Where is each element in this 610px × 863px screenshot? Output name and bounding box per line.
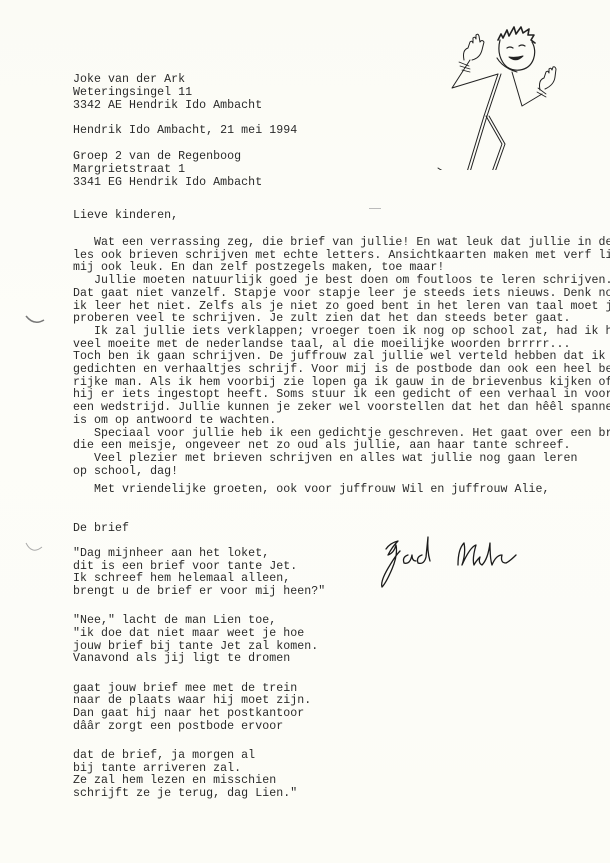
body-line: veel moeite met de nederlandse taal, al … — [73, 338, 571, 351]
handwritten-signature — [378, 527, 543, 597]
body-line: gedichten en verhaaltjes schrijf. Voor m… — [73, 363, 610, 376]
poem-line: naar de plaats waar hij moet zijn. — [73, 694, 311, 707]
poem-line: Dan gaat hij naar het postkantoor — [73, 707, 304, 720]
body-line: proberen veel te schrijven. Je zult zien… — [73, 312, 571, 325]
sender-city: 3342 AE Hendrik Ido Ambacht — [73, 99, 262, 112]
body-line: op school, dag! — [73, 465, 178, 478]
poem-line: gaat jouw brief mee met de trein — [73, 682, 297, 695]
body-line: die een meisje, ongeveer net zo oud als … — [73, 439, 571, 452]
poem-line: Ze zal hem lezen en misschien — [73, 774, 276, 787]
poem-line: "ik doe dat niet maar weet je hoe — [73, 627, 304, 640]
recipient-street: Margrietstraat 1 — [73, 163, 185, 176]
body-line: Wat een verrassing zeg, die brief van ju… — [73, 236, 610, 249]
poem-line: dââr zorgt een postbode ervoor — [73, 720, 283, 733]
body-line: hij er iets ingestopt heeft. Soms stuur … — [73, 388, 610, 401]
poem-line: Ik schreef hem helemaal alleen, — [73, 572, 290, 585]
salutation: Lieve kinderen, — [73, 209, 178, 222]
body-line: ik leer het niet. Zelfs als je niet zo g… — [73, 300, 610, 313]
poem-line: brengt u de brief er voor mij heen?" — [73, 585, 325, 598]
body-line: les ook brieven schrijven met echte lett… — [73, 249, 610, 262]
poem-title: De brief — [73, 522, 129, 535]
body-line: rijke man. Als ik hem voorbij zie lopen … — [73, 376, 610, 389]
recipient-name: Groep 2 van de Regenboog — [73, 150, 241, 163]
body-line: Speciaal voor jullie heb ik een gedichtj… — [73, 427, 610, 440]
body-line: mij ook leuk. En dan zelf postzegels mak… — [73, 261, 444, 274]
poem-line: bij tante arriveren zal. — [73, 762, 241, 775]
poem-line: jouw brief bij tante Jet zal komen. — [73, 640, 318, 653]
closing-line: Met vriendelijke groeten, ook voor juffr… — [73, 483, 550, 496]
poem-line: dit is een brief voor tante Jet. — [73, 560, 297, 573]
poem-line: Vanavond als jij ligt te dromen — [73, 652, 290, 665]
poem-line: schrijft ze je terug, dag Lien." — [73, 787, 297, 800]
waving-stick-figure-icon — [412, 10, 562, 170]
body-line: Ik zal jullie iets verklappen; vroeger t… — [73, 325, 610, 338]
poem-line: "Nee," lacht de man Lien toe, — [73, 614, 276, 627]
fold-mark — [369, 208, 381, 212]
body-line: Toch ben ik gaan schrijven. De juffrouw … — [73, 350, 606, 363]
punch-hole-mark-icon — [24, 542, 46, 554]
body-line: een wedstrijd. Jullie kunnen je zeker we… — [73, 401, 610, 414]
recipient-city: 3341 EG Hendrik Ido Ambacht — [73, 176, 262, 189]
sender-street: Weteringsingel 11 — [73, 86, 192, 99]
punch-hole-mark-icon — [24, 314, 46, 326]
poem-line: dat de brief, ja morgen al — [73, 749, 255, 762]
body-line: Jullie moeten natuurlijk goed je best do… — [73, 274, 610, 287]
letter-page: Joke van der Ark Weteringsingel 11 3342 … — [0, 0, 610, 863]
sender-name: Joke van der Ark — [73, 73, 185, 86]
date-line: Hendrik Ido Ambacht, 21 mei 1994 — [73, 124, 297, 137]
body-line: Dat gaat niet vanzelf. Stapje voor stapj… — [73, 287, 610, 300]
poem-line: "Dag mijnheer aan het loket, — [73, 547, 269, 560]
body-line: is om op antwoord te wachten. — [73, 414, 276, 427]
body-line: Veel plezier met brieven schrijven en al… — [73, 452, 578, 465]
